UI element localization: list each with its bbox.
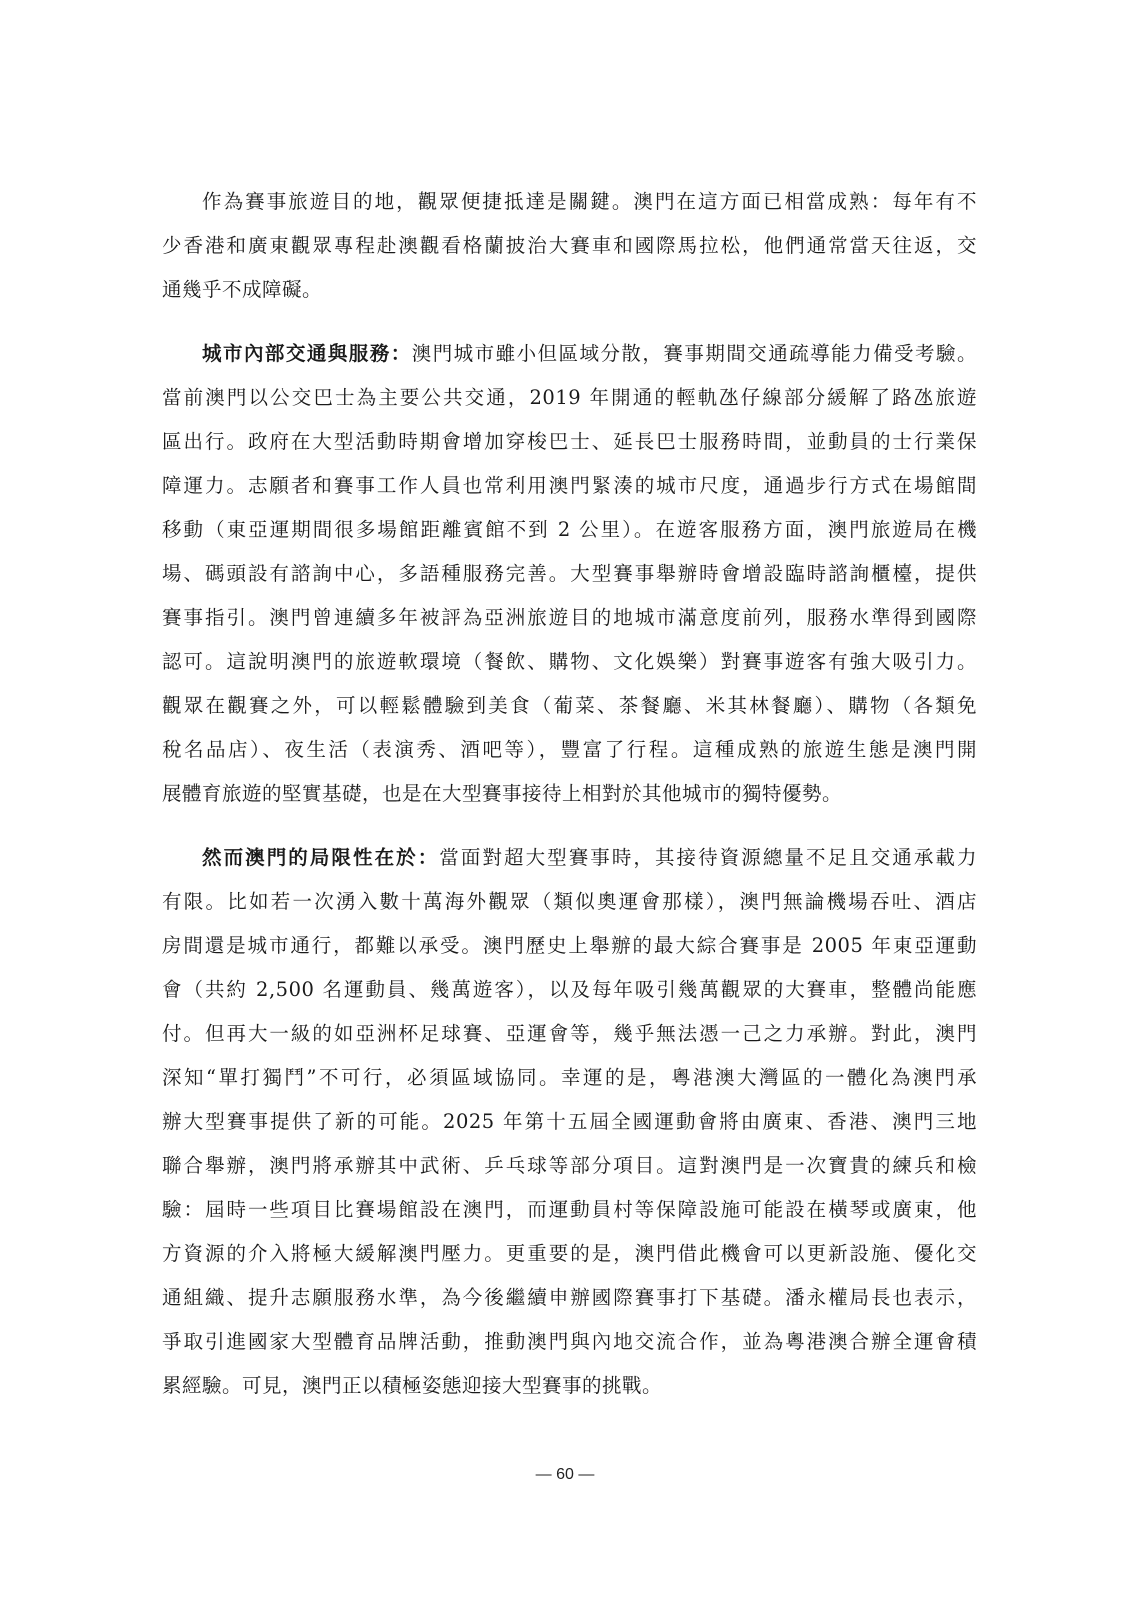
paragraph-lead-heading: 然而澳門的局限性在於： — [202, 846, 439, 869]
text-line: 展體育旅遊的堅實基礎，也是在大型賽事接待上相對於其他城市的獨特優勢。 — [162, 772, 977, 816]
text-line-rest: 澳門城市雖小但區域分散，賽事期間交通疏導能力備受考驗。 — [412, 342, 977, 365]
paragraph-arrival: 作為賽事旅遊目的地，觀眾便捷抵達是關鍵。澳門在這方面已相當成熟：每年有不 少香港… — [162, 180, 977, 312]
text-line: 房間還是城市通行，都難以承受。澳門歷史上舉辦的最大綜合賽事是 2005 年東亞運… — [162, 924, 977, 968]
text-line: 有限。比如若一次湧入數十萬海外觀眾（類似奧運會那樣），澳門無論機場吞吐、酒店 — [162, 880, 977, 924]
text-line: 方資源的介入將極大緩解澳門壓力。更重要的是，澳門借此機會可以更新設施、優化交 — [162, 1232, 977, 1276]
text-line: 爭取引進國家大型體育品牌活動，推動澳門與內地交流合作，並為粵港澳合辦全運會積 — [162, 1320, 977, 1364]
text-line: 區出行。政府在大型活動時期會增加穿梭巴士、延長巴士服務時間，並動員的士行業保 — [162, 420, 977, 464]
text-line: 場、碼頭設有諮詢中心，多語種服務完善。大型賽事舉辦時會增設臨時諮詢櫃檯，提供 — [162, 552, 977, 596]
paragraph-lead-heading: 城市內部交通與服務： — [202, 342, 412, 365]
text-line: 城市內部交通與服務：澳門城市雖小但區域分散，賽事期間交通疏導能力備受考驗。 — [162, 332, 977, 376]
text-line-rest: 當面對超大型賽事時，其接待資源總量不足且交通承載力 — [439, 846, 977, 869]
document-body: 作為賽事旅遊目的地，觀眾便捷抵達是關鍵。澳門在這方面已相當成熟：每年有不 少香港… — [162, 180, 977, 1428]
text-line: 移動（東亞運期間很多場館距離賓館不到 2 公里）。在遊客服務方面，澳門旅遊局在機 — [162, 508, 977, 552]
text-line: 當前澳門以公交巴士為主要公共交通，2019 年開通的輕軌氹仔線部分緩解了路氹旅遊 — [162, 376, 977, 420]
text-line: 觀眾在觀賽之外，可以輕鬆體驗到美食（葡菜、茶餐廳、米其林餐廳）、購物（各類免 — [162, 684, 977, 728]
text-line: 深知“單打獨鬥”不可行，必須區域協同。幸運的是，粵港澳大灣區的一體化為澳門承 — [162, 1056, 977, 1100]
paragraph-limitations: 然而澳門的局限性在於：當面對超大型賽事時，其接待資源總量不足且交通承載力 有限。… — [162, 836, 977, 1408]
text-line: 賽事指引。澳門曾連續多年被評為亞洲旅遊目的地城市滿意度前列，服務水準得到國際 — [162, 596, 977, 640]
text-line: 累經驗。可見，澳門正以積極姿態迎接大型賽事的挑戰。 — [162, 1364, 977, 1408]
paragraph-internal-transport: 城市內部交通與服務：澳門城市雖小但區域分散，賽事期間交通疏導能力備受考驗。 當前… — [162, 332, 977, 816]
text-line: 付。但再大一級的如亞洲杯足球賽、亞運會等，幾乎無法憑一己之力承辦。對此，澳門 — [162, 1012, 977, 1056]
text-line: 稅名品店）、夜生活（表演秀、酒吧等），豐富了行程。這種成熟的旅遊生態是澳門開 — [162, 728, 977, 772]
text-line: 會（共約 2,500 名運動員、幾萬遊客），以及每年吸引幾萬觀眾的大賽車，整體尚… — [162, 968, 977, 1012]
text-line: 認可。這說明澳門的旅遊軟環境（餐飲、購物、文化娛樂）對賽事遊客有強大吸引力。 — [162, 640, 977, 684]
text-line: 作為賽事旅遊目的地，觀眾便捷抵達是關鍵。澳門在這方面已相當成熟：每年有不 — [162, 180, 977, 224]
text-line: 通幾乎不成障礙。 — [162, 268, 977, 312]
text-line: 聯合舉辦，澳門將承辦其中武術、乒乓球等部分項目。這對澳門是一次寶貴的練兵和檢 — [162, 1144, 977, 1188]
text-line: 障運力。志願者和賽事工作人員也常利用澳門緊湊的城市尺度，通過步行方式在場館間 — [162, 464, 977, 508]
page-number: — 60 — — [0, 1466, 1130, 1484]
text-line: 少香港和廣東觀眾專程赴澳觀看格蘭披治大賽車和國際馬拉松，他們通常當天往返，交 — [162, 224, 977, 268]
text-line: 通組織、提升志願服務水準，為今後繼續申辦國際賽事打下基礎。潘永權局長也表示， — [162, 1276, 977, 1320]
text-line: 辦大型賽事提供了新的可能。2025 年第十五屆全國運動會將由廣東、香港、澳門三地 — [162, 1100, 977, 1144]
text-line: 然而澳門的局限性在於：當面對超大型賽事時，其接待資源總量不足且交通承載力 — [162, 836, 977, 880]
text-line: 驗：屆時一些項目比賽場館設在澳門，而運動員村等保障設施可能設在橫琴或廣東，他 — [162, 1188, 977, 1232]
